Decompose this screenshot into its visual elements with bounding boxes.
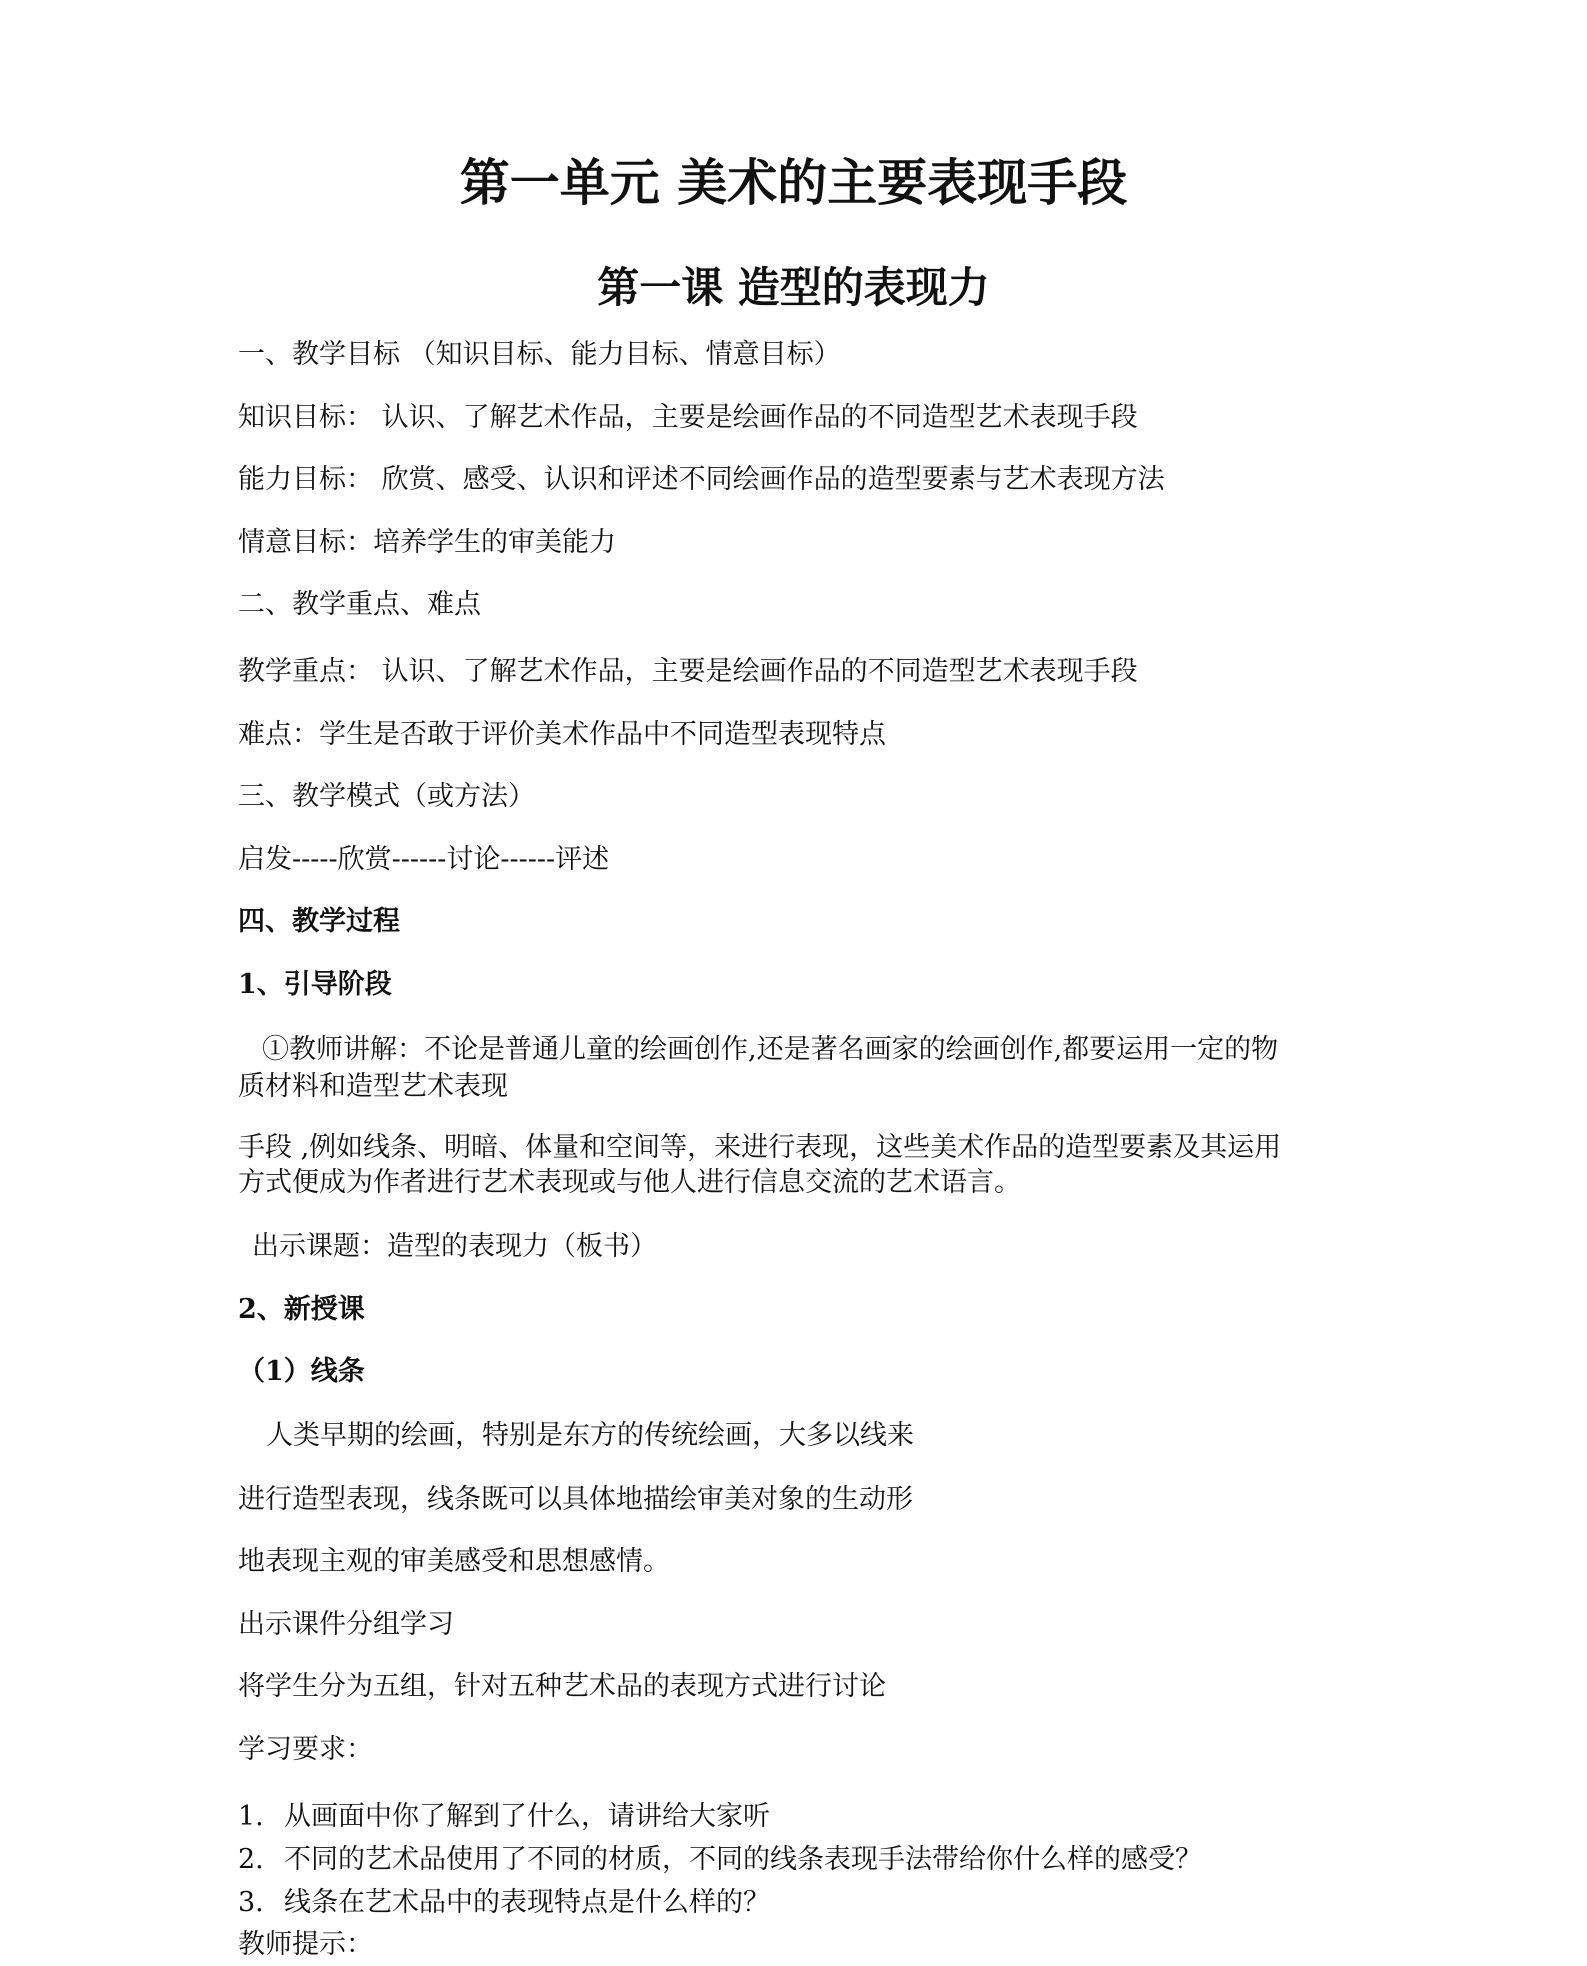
- stage2-heading: 2、新授课: [238, 1293, 365, 1327]
- requirement-number: 3.: [238, 1886, 284, 1920]
- requirement-item: 2.不同的艺术品使用了不同的材质，不同的线条表现手法带给你什么样的感受？: [238, 1843, 1202, 1877]
- lines-para-line2: 进行造型表现，线条既可以具体地描绘审美对象的生动形: [238, 1483, 913, 1517]
- emotion-goal: 情意目标：培养学生的审美能力: [238, 526, 616, 560]
- requirement-number: 1.: [238, 1800, 284, 1834]
- key-point: 教学重点： 认识、了解艺术作品，主要是绘画作品的不同造型艺术表现手段: [238, 655, 1138, 689]
- stage1-para1-line2: 质材料和造型艺术表现: [238, 1070, 508, 1104]
- requirement-text: 不同的艺术品使用了不同的材质，不同的线条表现手法带给你什么样的感受？: [284, 1844, 1202, 1875]
- study-requirements-label: 学习要求：: [238, 1733, 373, 1767]
- requirement-item: 1.从画面中你了解到了什么，请讲给大家听: [238, 1800, 770, 1834]
- teacher-hint-label: 教师提示：: [238, 1928, 373, 1962]
- mode-heading: 三、教学模式（或方法）: [238, 780, 535, 814]
- objectives-heading: 一、教学目标 （知识目标、能力目标、情意目标）: [238, 338, 841, 372]
- stage1-show-topic: 出示课题：造型的表现力（板书）: [252, 1230, 657, 1264]
- unit-title: 第一单元 美术的主要表现手段: [0, 153, 1587, 213]
- show-courseware: 出示课件分组学习: [238, 1608, 454, 1642]
- key-points-heading: 二、教学重点、难点: [238, 588, 481, 622]
- lines-para-line1: 人类早期的绘画，特别是东方的传统绘画，大多以线来: [266, 1419, 914, 1453]
- requirement-text: 从画面中你了解到了什么，请讲给大家听: [284, 1801, 770, 1832]
- knowledge-goal: 知识目标： 认识、了解艺术作品，主要是绘画作品的不同造型艺术表现手段: [238, 401, 1138, 435]
- lines-para-line3: 地表现主观的审美感受和思想感情。: [238, 1545, 670, 1579]
- requirement-text: 线条在艺术品中的表现特点是什么样的？: [284, 1887, 770, 1918]
- process-heading: 四、教学过程: [238, 905, 400, 939]
- stage1-para2-line1: 手段 ,例如线条、明暗、体量和空间等，来进行表现，这些美术作品的造型要素及其运用: [238, 1131, 1281, 1165]
- difficulty: 难点：学生是否敢于评价美术作品中不同造型表现特点: [238, 718, 886, 752]
- sub1-heading: （1）线条: [238, 1355, 365, 1389]
- document-page: 第一单元 美术的主要表现手段 第一课 造型的表现力 一、教学目标 （知识目标、能…: [0, 0, 1587, 1966]
- mode-flow: 启发-----欣赏------讨论------评述: [238, 843, 609, 877]
- lesson-title: 第一课 造型的表现力: [0, 262, 1587, 314]
- requirement-number: 2.: [238, 1843, 284, 1877]
- stage1-para1-line1: ①教师讲解：不论是普通儿童的绘画创作,还是著名画家的绘画创作,都要运用一定的物: [262, 1033, 1278, 1067]
- group-instruction: 将学生分为五组，针对五种艺术品的表现方式进行讨论: [238, 1670, 886, 1704]
- ability-goal: 能力目标： 欣赏、感受、认识和评述不同绘画作品的造型要素与艺术表现方法: [238, 463, 1165, 497]
- requirement-item: 3.线条在艺术品中的表现特点是什么样的？: [238, 1886, 770, 1920]
- stage1-heading: 1、引导阶段: [238, 968, 392, 1002]
- stage1-para2-line2: 方式便成为作者进行艺术表现或与他人进行信息交流的艺术语言。: [238, 1166, 1021, 1200]
